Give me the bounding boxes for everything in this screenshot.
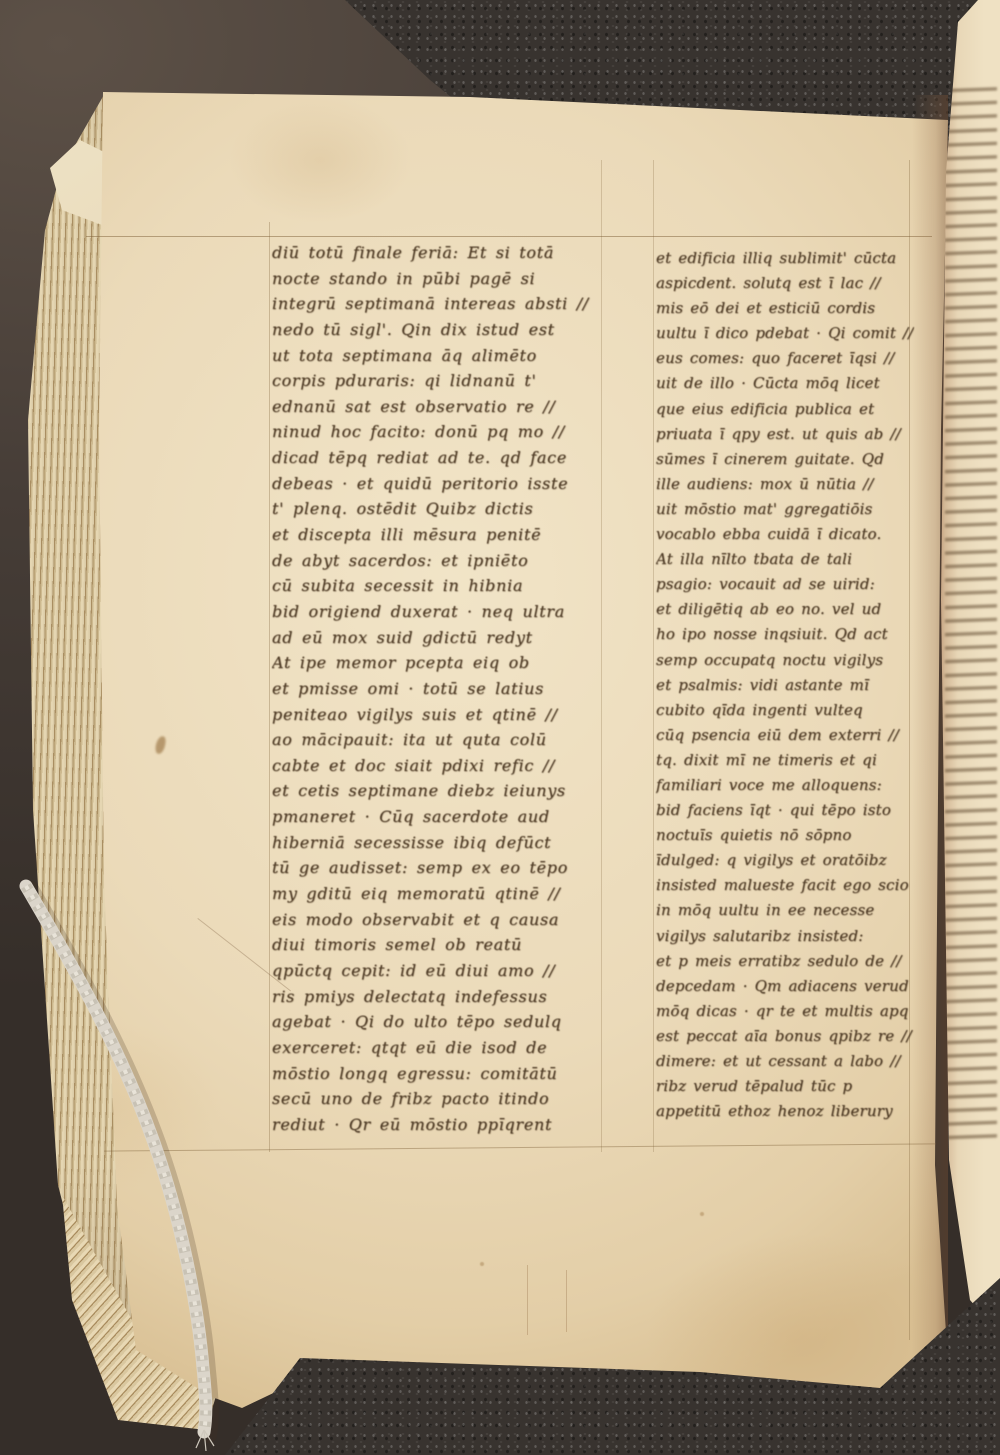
cord-shadow [31, 889, 211, 1435]
manuscript-photograph: { "scene": { "subject": "open medieval p… [0, 0, 1000, 1455]
bookmark-cord [0, 0, 1000, 1455]
cord-highlight [26, 886, 206, 1432]
cord-braid-texture [26, 886, 206, 1432]
cord-body [26, 886, 206, 1432]
